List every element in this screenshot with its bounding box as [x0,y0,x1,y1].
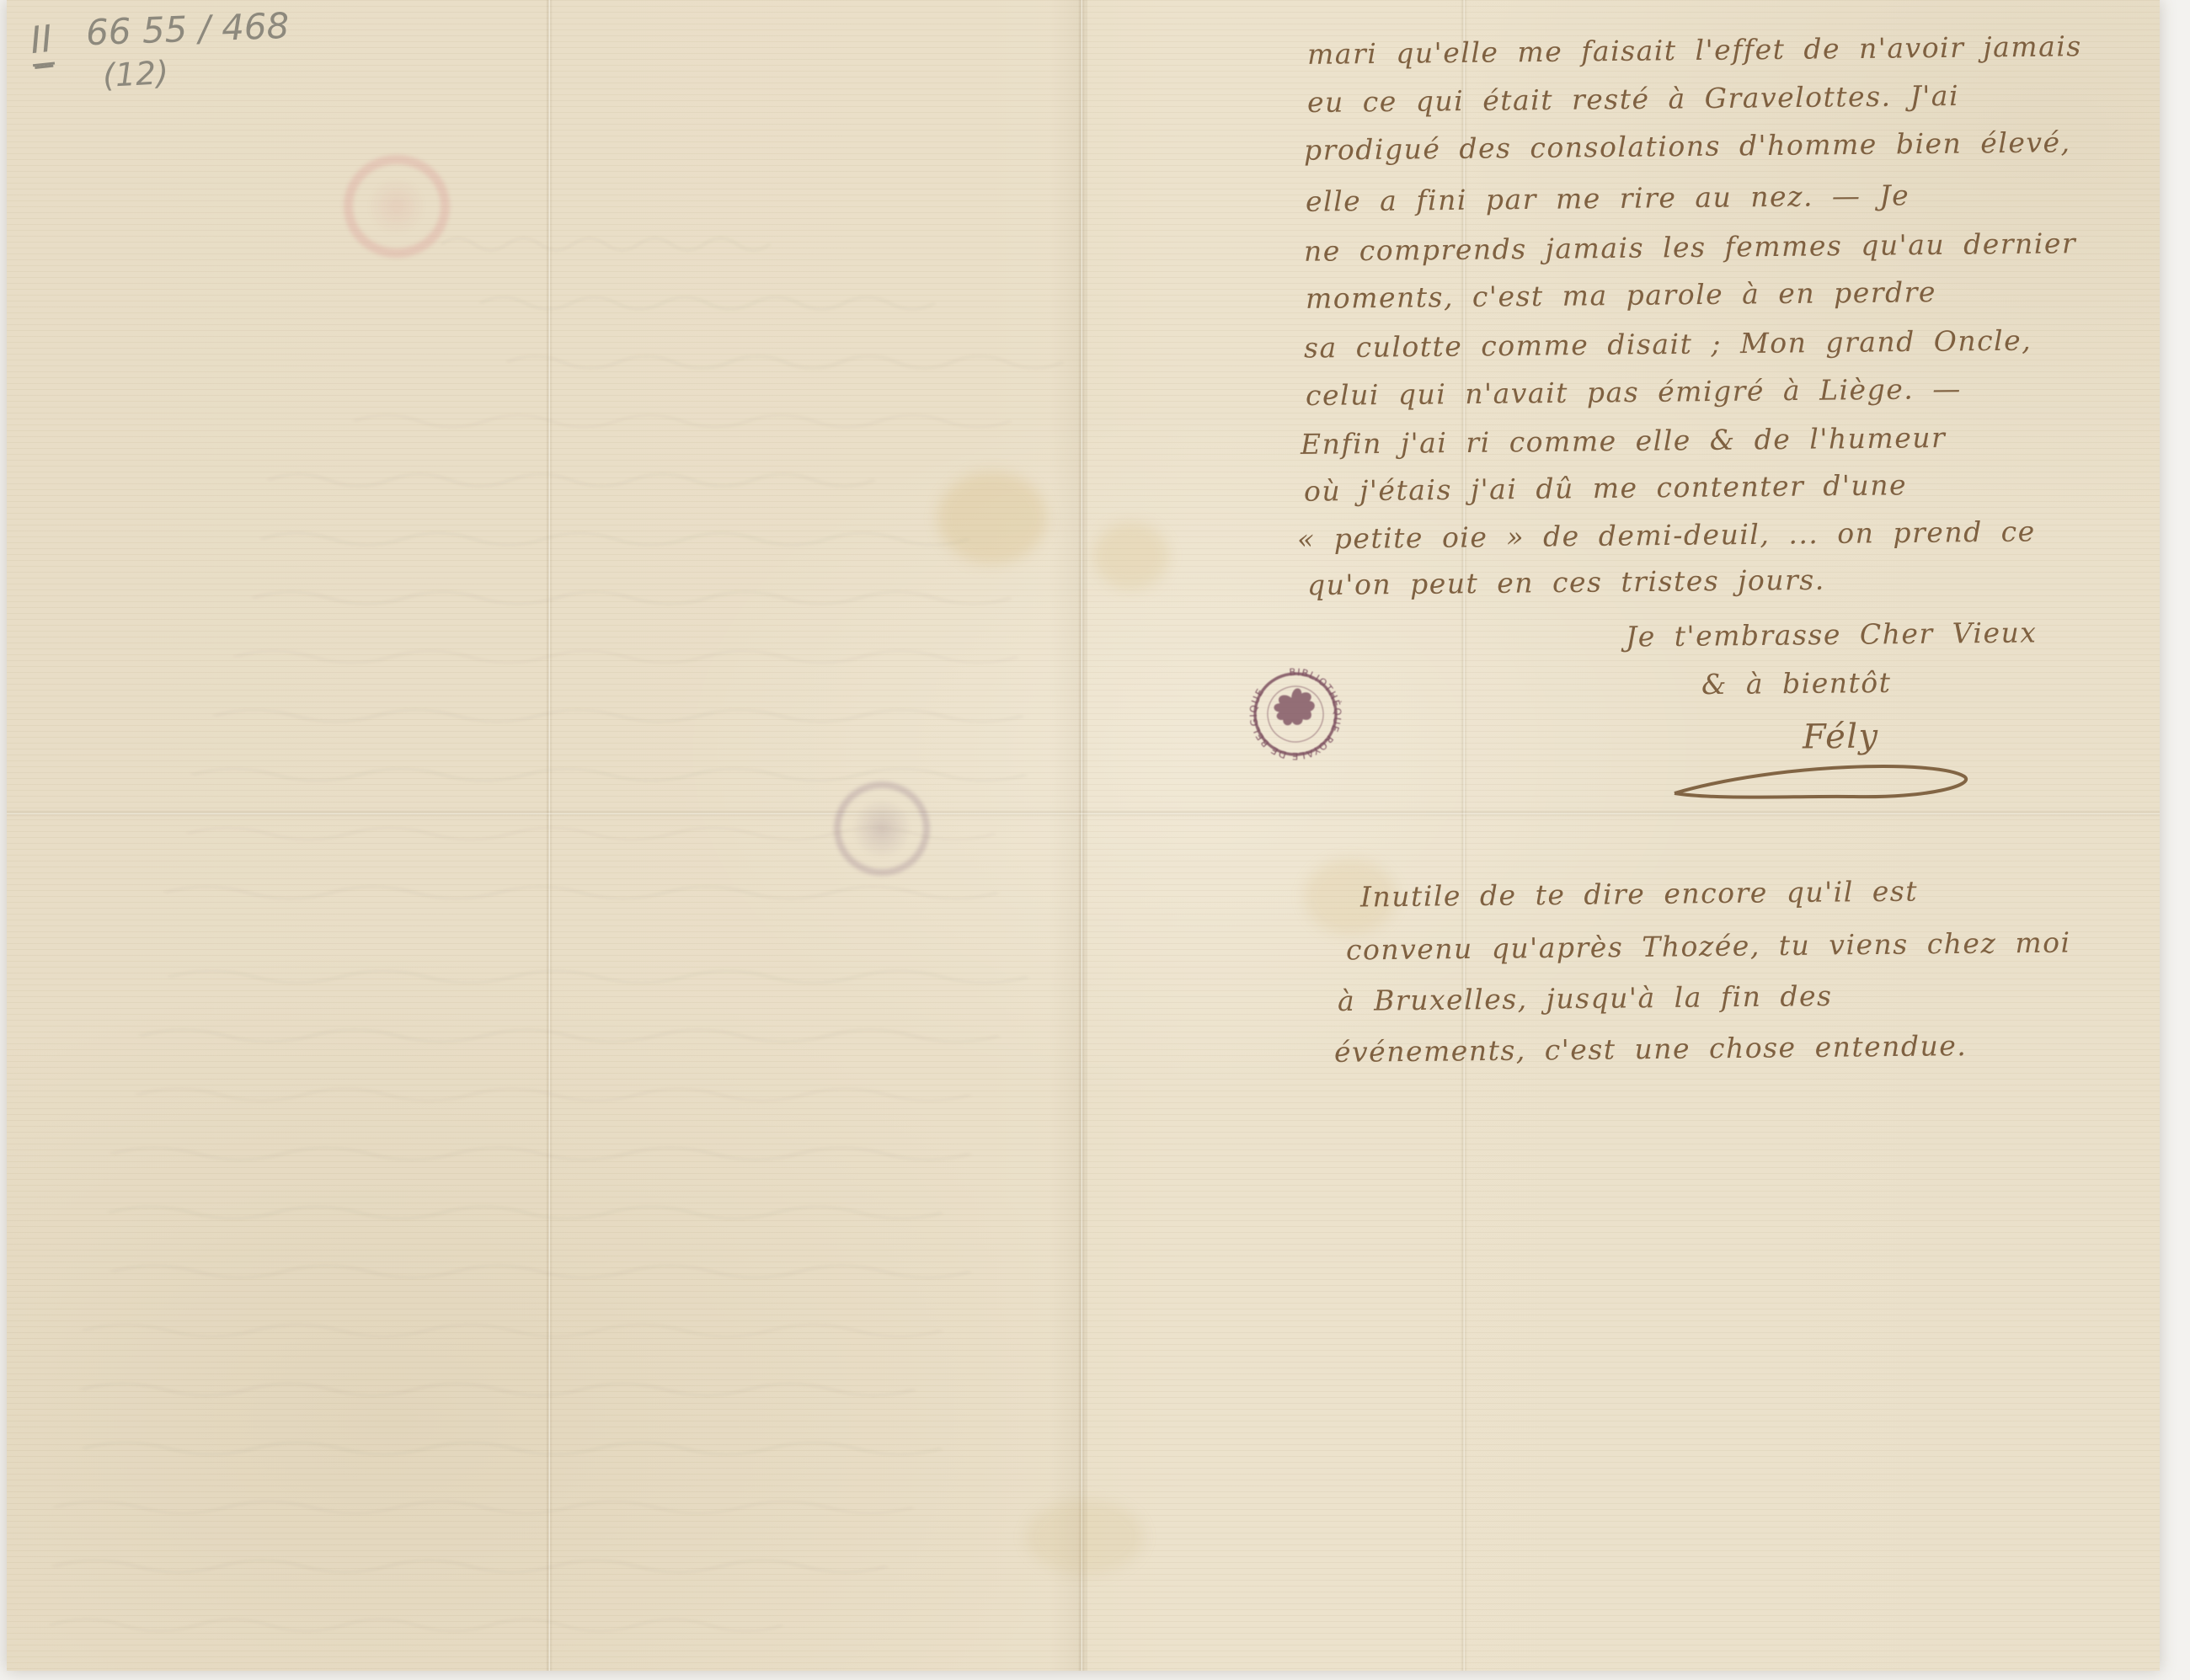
letter-line: Enfin j'ai ri comme elle & de l'humeur [1301,421,1947,461]
letter-line: moments, c'est ma parole à en perdre [1306,275,1936,315]
archival-volume-mark: II [28,18,54,62]
letter-line: où j'étais j'ai dû me contenter d'une [1304,468,1907,507]
bleed-through-handwriting [25,194,1070,1667]
signature: Fély [1803,717,1879,757]
closing-line: Je t'embrasse Cher Vieux [1626,616,2038,653]
letter-line: eu ce qui était resté à Gravelottes. J'a… [1307,79,1959,119]
postscript-line: événements, c'est une chose entendue. [1334,1029,1968,1069]
archival-inventory-number: 66 55 / 468 [85,5,290,53]
fold-crease-center-vertical [1078,0,1085,1671]
letter-line: qu'on peut en ces tristes jours. [1307,563,1825,601]
letter-line: elle a fini par me rire au nez. — Je [1306,179,1910,218]
stain [1093,522,1169,589]
archival-page-number: (12) [102,54,169,94]
letter-line: celui qui n'avait pas émigré à Liège. — [1306,372,1962,412]
postscript-line: à Bruxelles, jusqu'à la fin des [1338,979,1833,1017]
postscript-line: Inutile de te dire encore qu'il est [1360,875,1918,914]
closing-line: & à bientôt [1701,666,1892,701]
signature-flourish [1668,758,1988,817]
scanned-letter-page: II 66 55 / 468 (12) [0,0,2190,1680]
